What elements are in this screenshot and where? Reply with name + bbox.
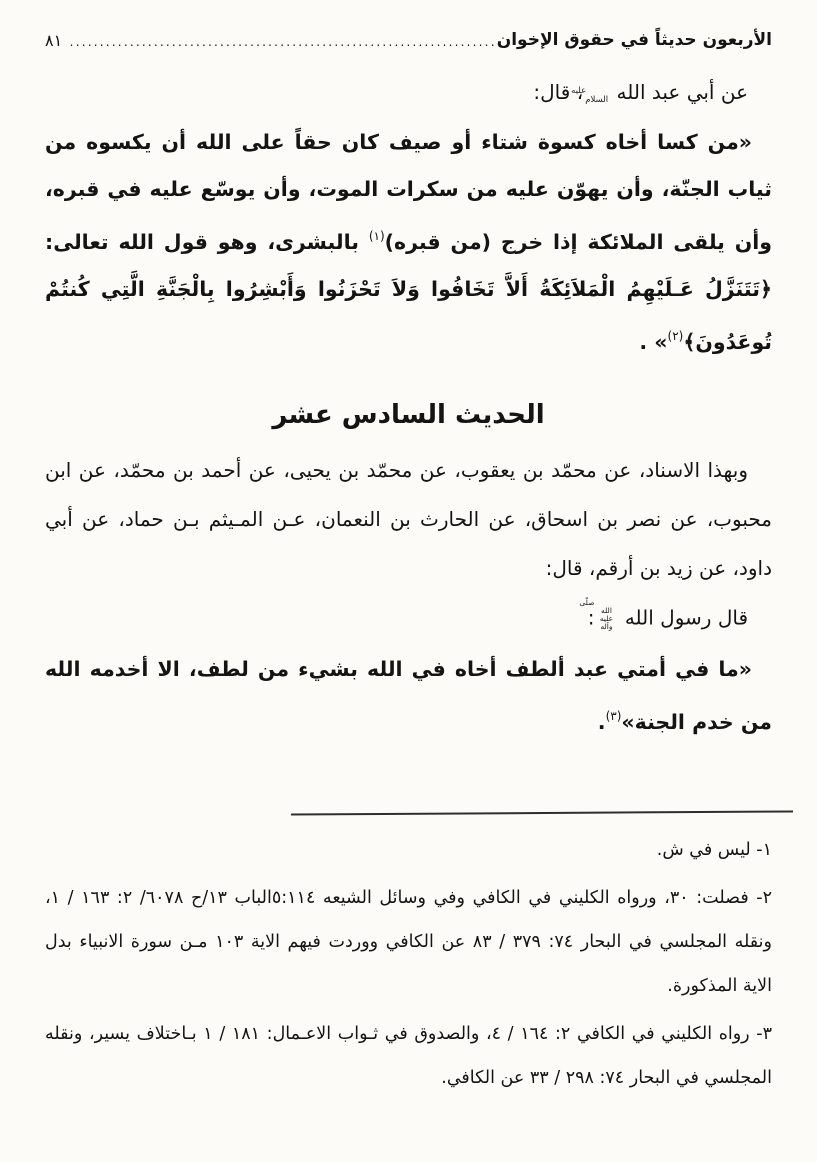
footnote-2: ٢- فصلت: ٣٠، ورواه الكليني في الكافي وفي…: [45, 876, 772, 1008]
running-header-title: الأربعون حديثاً في حقوق الإخوان: [497, 30, 772, 50]
footnote-ref-1: (١): [369, 229, 385, 243]
hadith15-matn: «من كسا أخاه كسوة شتاء أو صيف كان حقاً ع…: [45, 119, 772, 366]
footnote-separator: [291, 810, 793, 815]
hadith15-matn-close: » .: [639, 330, 667, 354]
hadith16-qala-tail: :: [588, 605, 595, 629]
running-header: الأربعون حديثاً في حقوق الإخوان ........…: [0, 0, 817, 50]
footnote-3: ٣- رواه الكليني في الكافي ٢: ١٦٤ / ٤، وا…: [45, 1012, 772, 1100]
sallallahu-alayhi-honorific: صلّى الله عليه وآله: [594, 599, 618, 631]
section-heading: الحديث السادس عشر: [45, 400, 772, 430]
footnote-ref-2: (٢): [668, 329, 684, 343]
page-number: ٨١: [45, 31, 68, 50]
hadith16-matn-text: «ما في أمتي عبد ألطف أخاه في الله بشيء م…: [45, 657, 772, 734]
hadith15-intro-lead: عن أبي عبد الله: [610, 80, 748, 104]
footnotes-section: ١- ليس في ش. ٢- فصلت: ٣٠، ورواه الكليني …: [45, 812, 772, 1100]
hadith16-matn: «ما في أمتي عبد ألطف أخاه في الله بشيء م…: [45, 646, 772, 746]
alayhis-salam-honorific: عليه السلام: [583, 87, 610, 105]
hadith16-isnad: وبهذا الاسناد، عن محمّد بن يعقوب، عن محم…: [45, 446, 772, 593]
hadith15-intro-line: عن أبي عبد الله عليه السلام، قال:: [45, 80, 772, 105]
hadith15-matn-part2: بالبشرى، وهو قول الله تعالى:: [45, 230, 369, 254]
footnote-ref-3: (٣): [606, 709, 622, 723]
hadith16-qala-line: قال رسول الله صلّى الله عليه وآله:: [45, 599, 772, 631]
book-page: الأربعون حديثاً في حقوق الإخوان ........…: [0, 0, 817, 1162]
dotted-leader: ........................................…: [68, 35, 497, 50]
page-body: عن أبي عبد الله عليه السلام، قال: «من كس…: [0, 80, 817, 746]
hadith16-matn-close: .: [598, 710, 606, 734]
hadith16-qala-lead: قال رسول الله: [618, 605, 748, 629]
footnote-1: ١- ليس في ش.: [45, 828, 772, 872]
